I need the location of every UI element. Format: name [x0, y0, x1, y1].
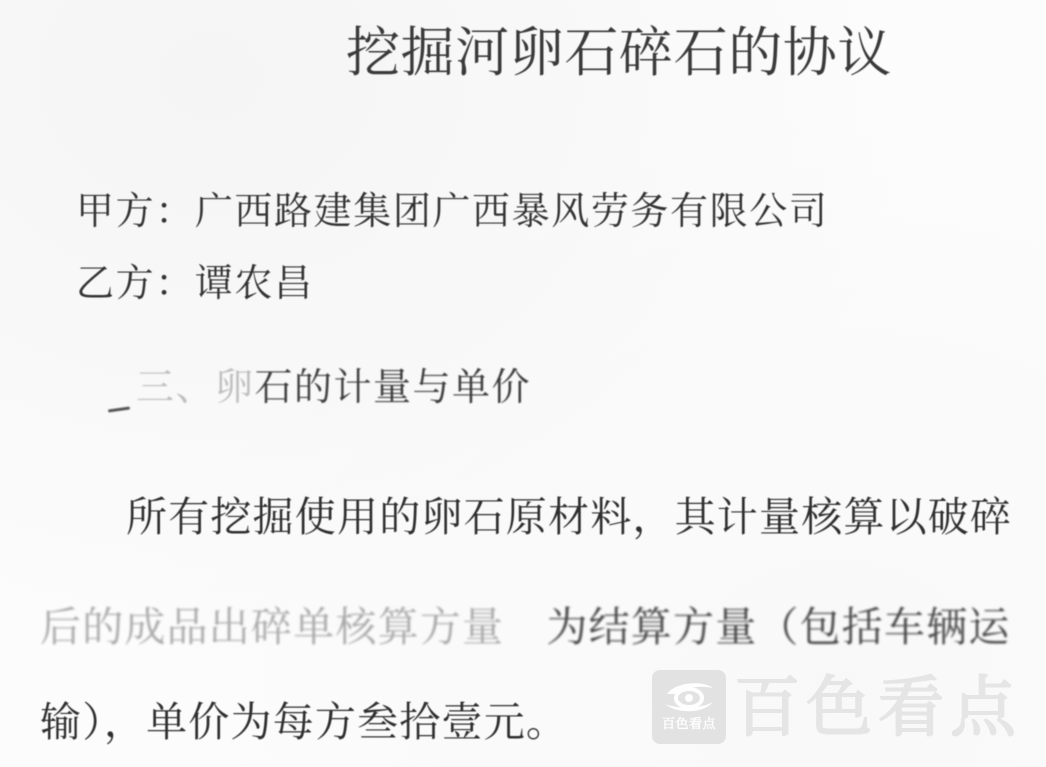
document-title: 挖掘河卵石碎石的协议 [346, 20, 892, 86]
party-a-line: 甲方：广西路建集团广西暴风劳务有限公司 [76, 188, 828, 234]
body-line-2: 后的成品出碎单核算方量 为结算方量（包括车辆运 [40, 603, 1011, 651]
eye-swirl-icon [663, 680, 715, 714]
watermark-logo-badge: 百色看点 [652, 670, 726, 744]
party-b-name: 谭农昌 [195, 261, 314, 305]
party-b-label: 乙方： [76, 261, 195, 305]
section-heading-text: 石的计量与单价 [255, 365, 532, 409]
party-b-line: 乙方：谭农昌 [76, 260, 314, 306]
body-line-2-part-a: 后的成品出碎单核算方量 [40, 603, 504, 651]
section-faded-char: 卵 [215, 365, 255, 409]
section-number: 三、 [136, 365, 215, 409]
body-line-2-part-b: 为结算方量（包括车辆运 [546, 603, 1010, 651]
watermark-logo-text: 百色看点 [662, 717, 716, 732]
body-line-1: 所有挖掘使用的卵石原材料，其计量核算以破碎 [126, 493, 1012, 541]
body-line-3: 输），单价为每方叁拾壹元。 [40, 698, 568, 746]
party-a-name: 广西路建集团广西暴风劳务有限公司 [195, 189, 829, 233]
section-heading: 三、卵石的计量与单价 [136, 364, 531, 410]
party-a-label: 甲方： [76, 189, 195, 233]
body-line-2-gap [504, 603, 546, 651]
watermark-brand-text: 百色看点 [734, 668, 1022, 748]
